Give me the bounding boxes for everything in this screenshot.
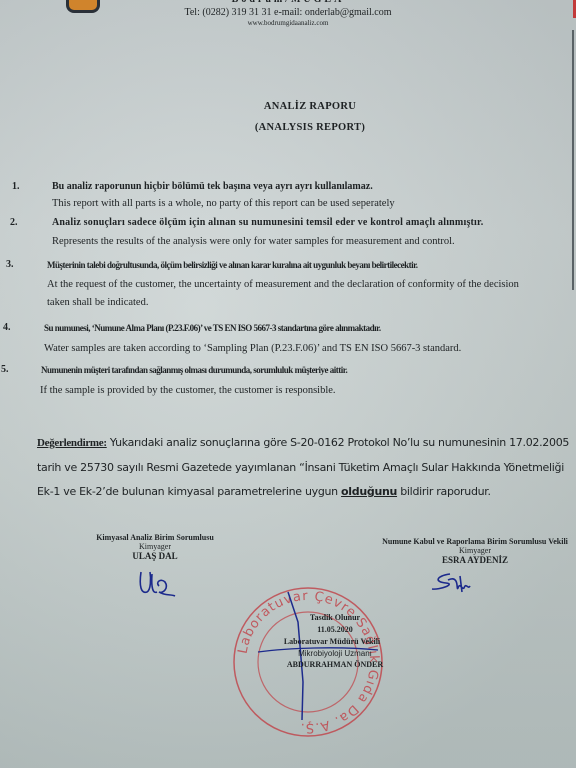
- clause-en: Represents the results of the analysis w…: [52, 236, 455, 247]
- clause-number: 4.: [3, 322, 11, 333]
- signatory-name: ESRA AYDENİZ: [355, 555, 576, 565]
- stamp-name: ABDURRAHMAN ÖNDER: [260, 660, 410, 669]
- page-edge-line: [572, 30, 574, 290]
- clause-en: If the sample is provided by the custome…: [40, 385, 336, 396]
- signatory-title: Kimyager: [70, 542, 240, 551]
- report-title-en: (ANALYSIS REPORT): [0, 122, 576, 133]
- evaluation-text: bildirir raporudur.: [397, 485, 491, 498]
- signature-block-right: Numune Kabul ve Raporlama Birim Sorumlus…: [355, 537, 576, 565]
- evaluation-line-2: tarih ve 25730 sayılı Resmi Gazetede yay…: [37, 461, 564, 474]
- clause-tr: Analiz sonuçları sadece ölçüm için alına…: [52, 217, 483, 228]
- signature-left-icon: [135, 566, 180, 601]
- evaluation-text: Yukarıdaki analiz sonuçlarına göre S-20-…: [107, 436, 569, 449]
- evaluation-emphasis: olduğunu: [341, 485, 397, 498]
- clause-tr: Bu analiz raporunun hiçbir bölümü tek ba…: [52, 181, 373, 192]
- clause-tr: Müşterinin talebi doğrultusunda, ölçüm b…: [47, 260, 418, 270]
- header-city: Bodrum/MUĞLA: [0, 0, 576, 5]
- stamp-approved: Tasdik Olunur: [270, 613, 400, 622]
- signature-right-icon: [430, 570, 480, 595]
- header-contact: Tel: (0282) 319 31 31 e-mail: onderlab@g…: [0, 7, 576, 18]
- signatory-role: Numune Kabul ve Raporlama Birim Sorumlus…: [355, 537, 576, 546]
- stamp-specialty: Mikrobiyoloji Uzmanı: [270, 649, 400, 658]
- clause-en: At the request of the customer, the unce…: [47, 279, 519, 290]
- report-page: Bodrum/MUĞLA Tel: (0282) 319 31 31 e-mai…: [0, 0, 576, 768]
- evaluation-text: Ek-1 ve Ek-2’de bulunan kimyasal paramet…: [37, 485, 341, 498]
- clause-en: Water samples are taken according to ‘Sa…: [44, 343, 461, 354]
- signature-block-left: Kimyasal Analiz Birim Sorumlusu Kimyager…: [70, 533, 240, 561]
- signatory-name: ULAŞ DAL: [70, 551, 240, 561]
- clause-number: 3.: [6, 259, 14, 270]
- clause-tr: Numunenin müşteri tarafından sağlanmış o…: [41, 365, 347, 375]
- evaluation-line-1: Değerlendirme: Yukarıdaki analiz sonuçla…: [37, 436, 569, 449]
- signatory-role: Kimyasal Analiz Birim Sorumlusu: [70, 533, 240, 542]
- clause-number: 2.: [10, 217, 18, 228]
- clause-en: taken shall be indicated.: [47, 297, 148, 308]
- clause-number: 5.: [1, 364, 9, 375]
- evaluation-line-3: Ek-1 ve Ek-2’de bulunan kimyasal paramet…: [37, 485, 491, 498]
- header-website: www.bodrumgidaanaliz.com: [0, 19, 576, 27]
- clause-en: This report with all parts is a whole, n…: [52, 198, 395, 209]
- evaluation-label: Değerlendirme:: [37, 437, 107, 449]
- signatory-title: Kimyager: [355, 546, 576, 555]
- stamp-date: 11.05.2020: [270, 625, 400, 634]
- stamp-position: Laboratuvar Müdürü Vekili: [262, 637, 402, 646]
- report-title-tr: ANALİZ RAPORU: [0, 101, 576, 112]
- clause-tr: Su numunesi, ‘Numune Alma Planı (P.23.F.…: [44, 323, 381, 333]
- clause-number: 1.: [12, 181, 20, 192]
